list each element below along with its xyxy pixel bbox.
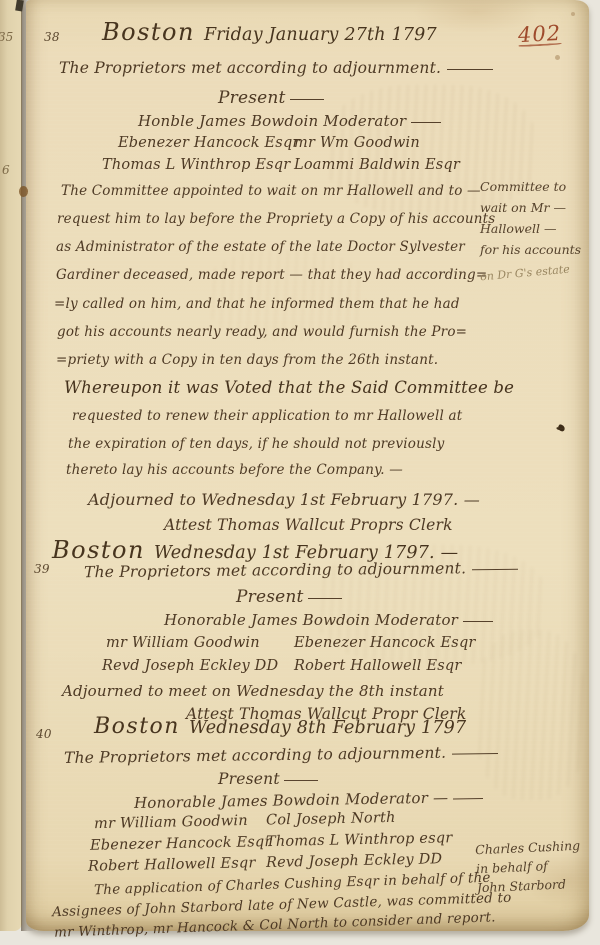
meeting-opening-line: The Proprietors met according to adjourn…: [64, 743, 498, 767]
moderator-line: Honorable James Bowdoin Moderator: [164, 611, 493, 629]
moderator-line: Honorable James Bowdoin Moderator —: [134, 788, 483, 812]
body-line: requested to renew their application to …: [72, 408, 462, 424]
attendee-name: Loammi Baldwin Esqr: [294, 157, 460, 173]
attendee-row: Ebenezer Hancock EsqrThomas L Winthrop e…: [90, 830, 453, 854]
attendee-name: Thomas L Winthrop esqr: [266, 830, 453, 850]
previous-page-edge: 35 6: [0, 0, 22, 931]
body-line: Assignees of John Starbord late of New C…: [52, 890, 512, 920]
attendee-name: Thomas L Winthrop Esqr: [102, 157, 294, 173]
ink-bleed-through: [476, 630, 586, 800]
entry-heading: BostonWednesday 8th February 1797: [94, 714, 466, 739]
body-line: the expiration of ten days, if he should…: [68, 436, 445, 452]
attendee-name: Robert Hallowell Esqr: [88, 855, 266, 875]
present-label: Present: [236, 587, 342, 607]
entry-heading: BostonFriday January 27th 1797: [102, 18, 437, 46]
margin-note: Charles Cushing in behalf of John Starbo…: [475, 836, 582, 898]
attendee-name: Robert Hallowell Esqr: [294, 658, 462, 674]
entry-heading: BostonWednesday 1st February 1797. —: [52, 536, 458, 564]
body-line: as Administrator of the estate of the la…: [56, 239, 465, 255]
margin-entry-number: 39: [34, 562, 50, 576]
stain: [555, 55, 560, 60]
present-label: Present: [218, 88, 324, 108]
margin-note-line: wait on Mr —: [480, 197, 581, 218]
moderator-line: Honble James Bowdoin Moderator: [138, 112, 441, 130]
entry-place: Boston: [102, 18, 195, 46]
body-line: =ly called on him, and that he informed …: [54, 296, 460, 312]
ink-bleed-through: [206, 250, 366, 340]
meeting-opening-line: The Proprietors met according to adjourn…: [84, 559, 518, 582]
stain: [571, 12, 575, 16]
body-line: mr Winthrop, mr Hancock & Col North to c…: [54, 909, 496, 940]
attendee-name: Col Joseph North: [266, 810, 396, 829]
attest-line: Attest Thomas Wallcut Propr Clerk: [186, 705, 467, 723]
attendee-row: Thomas L Winthrop EsqrLoammi Baldwin Esq…: [102, 157, 460, 173]
meeting-opening-line: The Proprietors met according to adjourn…: [59, 59, 493, 77]
entry-place: Boston: [52, 536, 145, 564]
body-line: Whereupon it was Voted that the Said Com…: [64, 378, 514, 397]
body-line: Gardiner deceased, made report — that th…: [56, 267, 487, 283]
body-line: got his accounts nearly ready, and would…: [57, 324, 467, 340]
attendee-name: mr William Goodwin: [94, 813, 266, 833]
attendee-name: mr Wm Goodwin: [294, 135, 420, 151]
attendee-name: Revd Joseph Eckley DD: [266, 851, 443, 871]
attendee-name: Revd Joseph Eckley DD: [102, 658, 294, 674]
body-line: =priety with a Copy in ten days from the…: [56, 352, 438, 368]
attendee-name: Ebenezer Hancock Esqr: [90, 834, 266, 854]
margin-note-line: Committee to: [480, 176, 581, 197]
entry-place: Boston: [94, 714, 180, 739]
margin-note-line: for his accounts: [480, 239, 581, 260]
manuscript-page: 402 38 BostonFriday January 27th 1797 Th…: [26, 0, 589, 931]
body-line: The Committee appointed to wait on mr Ha…: [61, 183, 481, 199]
body-line: request him to lay before the Propriety …: [57, 211, 495, 227]
attest-line: Attest Thomas Wallcut Proprs Clerk: [164, 516, 453, 534]
margin-note-faint-line: on Dr G's estate: [479, 258, 582, 288]
attendee-row: Robert Hallowell EsqrRevd Joseph Eckley …: [88, 851, 443, 874]
body-line: thereto lay his accounts before the Comp…: [66, 462, 403, 478]
attendee-row: mr William GoodwinCol Joseph North: [94, 810, 396, 832]
margin-entry-number: 38: [44, 30, 60, 44]
previous-page-number: 6: [2, 163, 10, 177]
margin-note-line: Hallowell —: [480, 218, 581, 239]
ink-bleed-through: [316, 545, 546, 665]
margin-note: Committee to wait on Mr — Hallowell — fo…: [480, 176, 581, 283]
entry-date: Wednesday 1st February 1797. —: [154, 543, 458, 563]
attendee-row: Revd Joseph Eckley DDRobert Hallowell Es…: [102, 658, 462, 674]
attendee-name: Ebenezer Hancock Esqr: [118, 135, 294, 151]
margin-entry-number: 40: [36, 727, 52, 741]
manuscript-scan: 35 6 402 38 BostonFriday January 27th 17…: [0, 0, 600, 945]
body-line: The application of Charles Cushing Esqr …: [94, 870, 491, 898]
attendee-row: Ebenezer Hancock Esqrmr Wm Goodwin: [118, 135, 420, 151]
stain: [19, 186, 28, 197]
pen-mark: [557, 424, 566, 432]
attendee-name: Ebenezer Hancock Esqr: [294, 635, 476, 651]
entry-date: Friday January 27th 1797: [204, 25, 437, 45]
attendee-name: mr William Goodwin: [106, 635, 294, 651]
attendee-row: mr William GoodwinEbenezer Hancock Esqr: [106, 635, 476, 651]
adjournment-line: Adjourned to Wednesday 1st February 1797…: [88, 490, 480, 509]
adjournment-line: Adjourned to meet on Wednesday the 8th i…: [62, 682, 444, 700]
entry-date: Wednesday 8th February 1797: [189, 718, 466, 738]
present-label: Present: [218, 770, 318, 788]
margin-note-line: John Starbord: [476, 874, 582, 898]
folio-number: 402: [517, 21, 561, 47]
ink-bleed-through: [326, 85, 536, 215]
margin-note-line: in behalf of: [476, 855, 582, 879]
margin-note-line: Charles Cushing: [475, 836, 581, 860]
previous-page-number: 35: [0, 30, 13, 44]
